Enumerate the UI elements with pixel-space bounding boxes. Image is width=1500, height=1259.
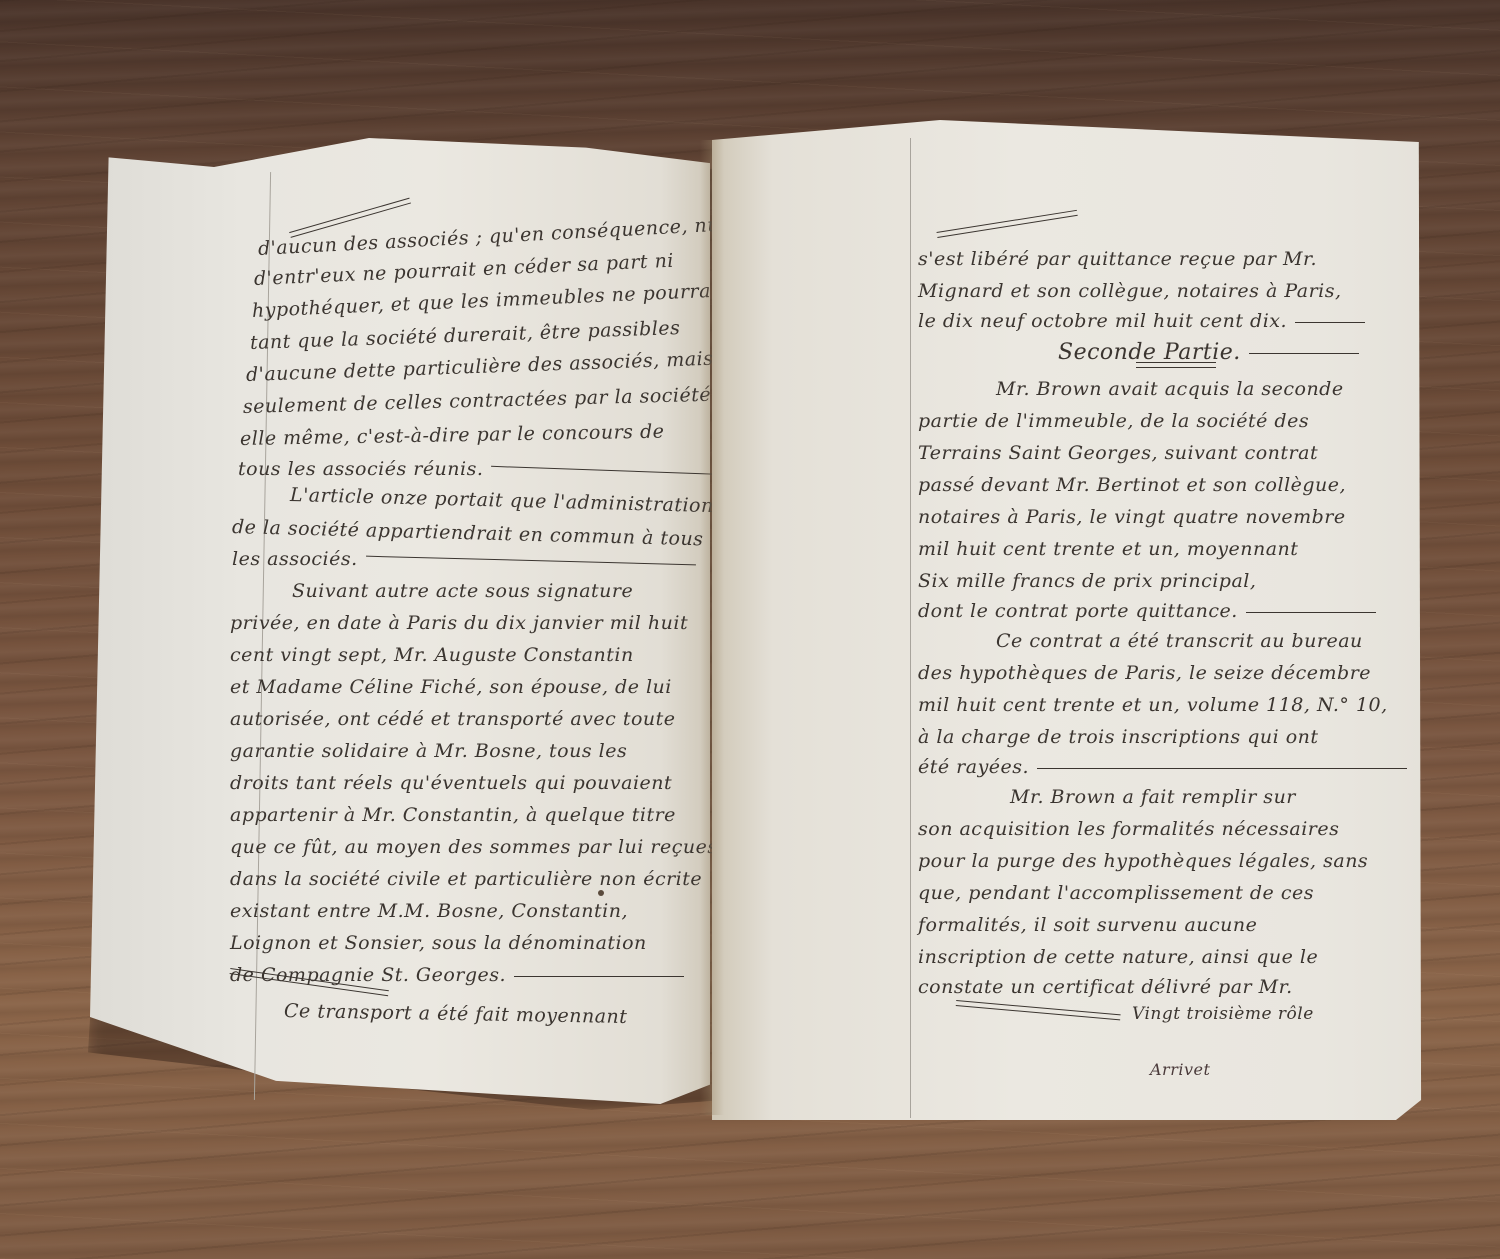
text-line: inscription de cette nature, ainsi que l…	[918, 946, 1318, 968]
paragraph-start: Ce contrat a été transcrit au bureau	[996, 630, 1363, 652]
text-line: dans la société civile et particulière n…	[230, 868, 702, 890]
text-line: été rayées.	[918, 756, 1407, 778]
line-filler-dash	[514, 976, 684, 977]
text-line: Terrains Saint Georges, suivant contrat	[918, 442, 1318, 464]
text-line: formalités, il soit survenu aucune	[918, 914, 1257, 936]
text-line-content: le dix neuf octobre mil huit cent dix.	[918, 310, 1287, 332]
paragraph-start: Suivant autre acte sous signature	[292, 580, 633, 602]
text-line: Loignon et Sonsier, sous la dénomination	[230, 932, 647, 954]
paragraph-start: Mr. Brown a fait remplir sur	[1010, 786, 1296, 808]
text-line: à la charge de trois inscriptions qui on…	[918, 726, 1319, 748]
text-line: constate un certificat délivré par Mr.	[918, 976, 1293, 998]
folio-note: Vingt troisième rôle	[1132, 1004, 1314, 1024]
line-filler-dash	[1246, 612, 1376, 613]
text-line: notaires à Paris, le vingt quatre novemb…	[918, 506, 1346, 528]
text-line: dont le contrat porte quittance.	[918, 600, 1376, 622]
double-rule-under-heading	[1136, 362, 1216, 368]
text-line: garantie solidaire à Mr. Bosne, tous les	[230, 740, 627, 762]
text-line-content: les associés.	[232, 548, 358, 570]
text-line: partie de l'immeuble, de la société des	[918, 410, 1309, 432]
text-line: que ce fût, au moyen des sommes par lui …	[230, 836, 718, 858]
text-line: que, pendant l'accomplissement de ces	[918, 882, 1314, 904]
text-line: le dix neuf octobre mil huit cent dix.	[918, 310, 1365, 332]
binding-hole	[598, 890, 604, 896]
line-filler-dash	[1037, 768, 1407, 769]
line-filler-dash	[491, 465, 731, 474]
text-line: privée, en date à Paris du dix janvier m…	[230, 612, 688, 634]
text-line: Six mille francs de prix principal,	[918, 570, 1256, 592]
text-line: Mignard et son collègue, notaires à Pari…	[918, 280, 1342, 302]
text-line: et Madame Céline Fiché, son épouse, de l…	[230, 676, 672, 698]
text-line: des hypothèques de Paris, le seize décem…	[918, 662, 1371, 684]
notary-signature: Arrivet	[1150, 1060, 1210, 1079]
line-filler-dash	[366, 555, 696, 565]
paragraph-start: Mr. Brown avait acquis la seconde	[996, 378, 1344, 400]
text-line-content: été rayées.	[918, 756, 1029, 778]
text-line: mil huit cent trente et un, volume 118, …	[918, 694, 1388, 716]
text-line: pour la purge des hypothèques légales, s…	[918, 850, 1368, 872]
book-gutter	[700, 140, 724, 1115]
line-filler-dash	[1295, 322, 1365, 323]
text-line: passé devant Mr. Bertinot et son collègu…	[918, 474, 1346, 496]
right-page-margin-rule	[910, 138, 911, 1118]
text-line: existant entre M.M. Bosne, Constantin,	[230, 900, 628, 922]
text-line: autorisée, ont cédé et transporté avec t…	[230, 708, 676, 730]
text-line: mil huit cent trente et un, moyennant	[918, 538, 1298, 560]
text-line: les associés.	[232, 548, 696, 570]
text-line-content: tous les associés réunis.	[238, 458, 483, 480]
line-filler-dash	[1249, 353, 1359, 354]
text-line: appartenir à Mr. Constantin, à quelque t…	[230, 804, 676, 826]
text-line: cent vingt sept, Mr. Auguste Constantin	[230, 644, 634, 666]
text-line: s'est libéré par quittance reçue par Mr.	[918, 248, 1317, 270]
text-line-content: dont le contrat porte quittance.	[918, 600, 1238, 622]
text-line: tous les associés réunis.	[238, 458, 731, 480]
text-line: droits tant réels qu'éventuels qui pouva…	[230, 772, 672, 794]
text-line: son acquisition les formalités nécessair…	[918, 818, 1339, 840]
